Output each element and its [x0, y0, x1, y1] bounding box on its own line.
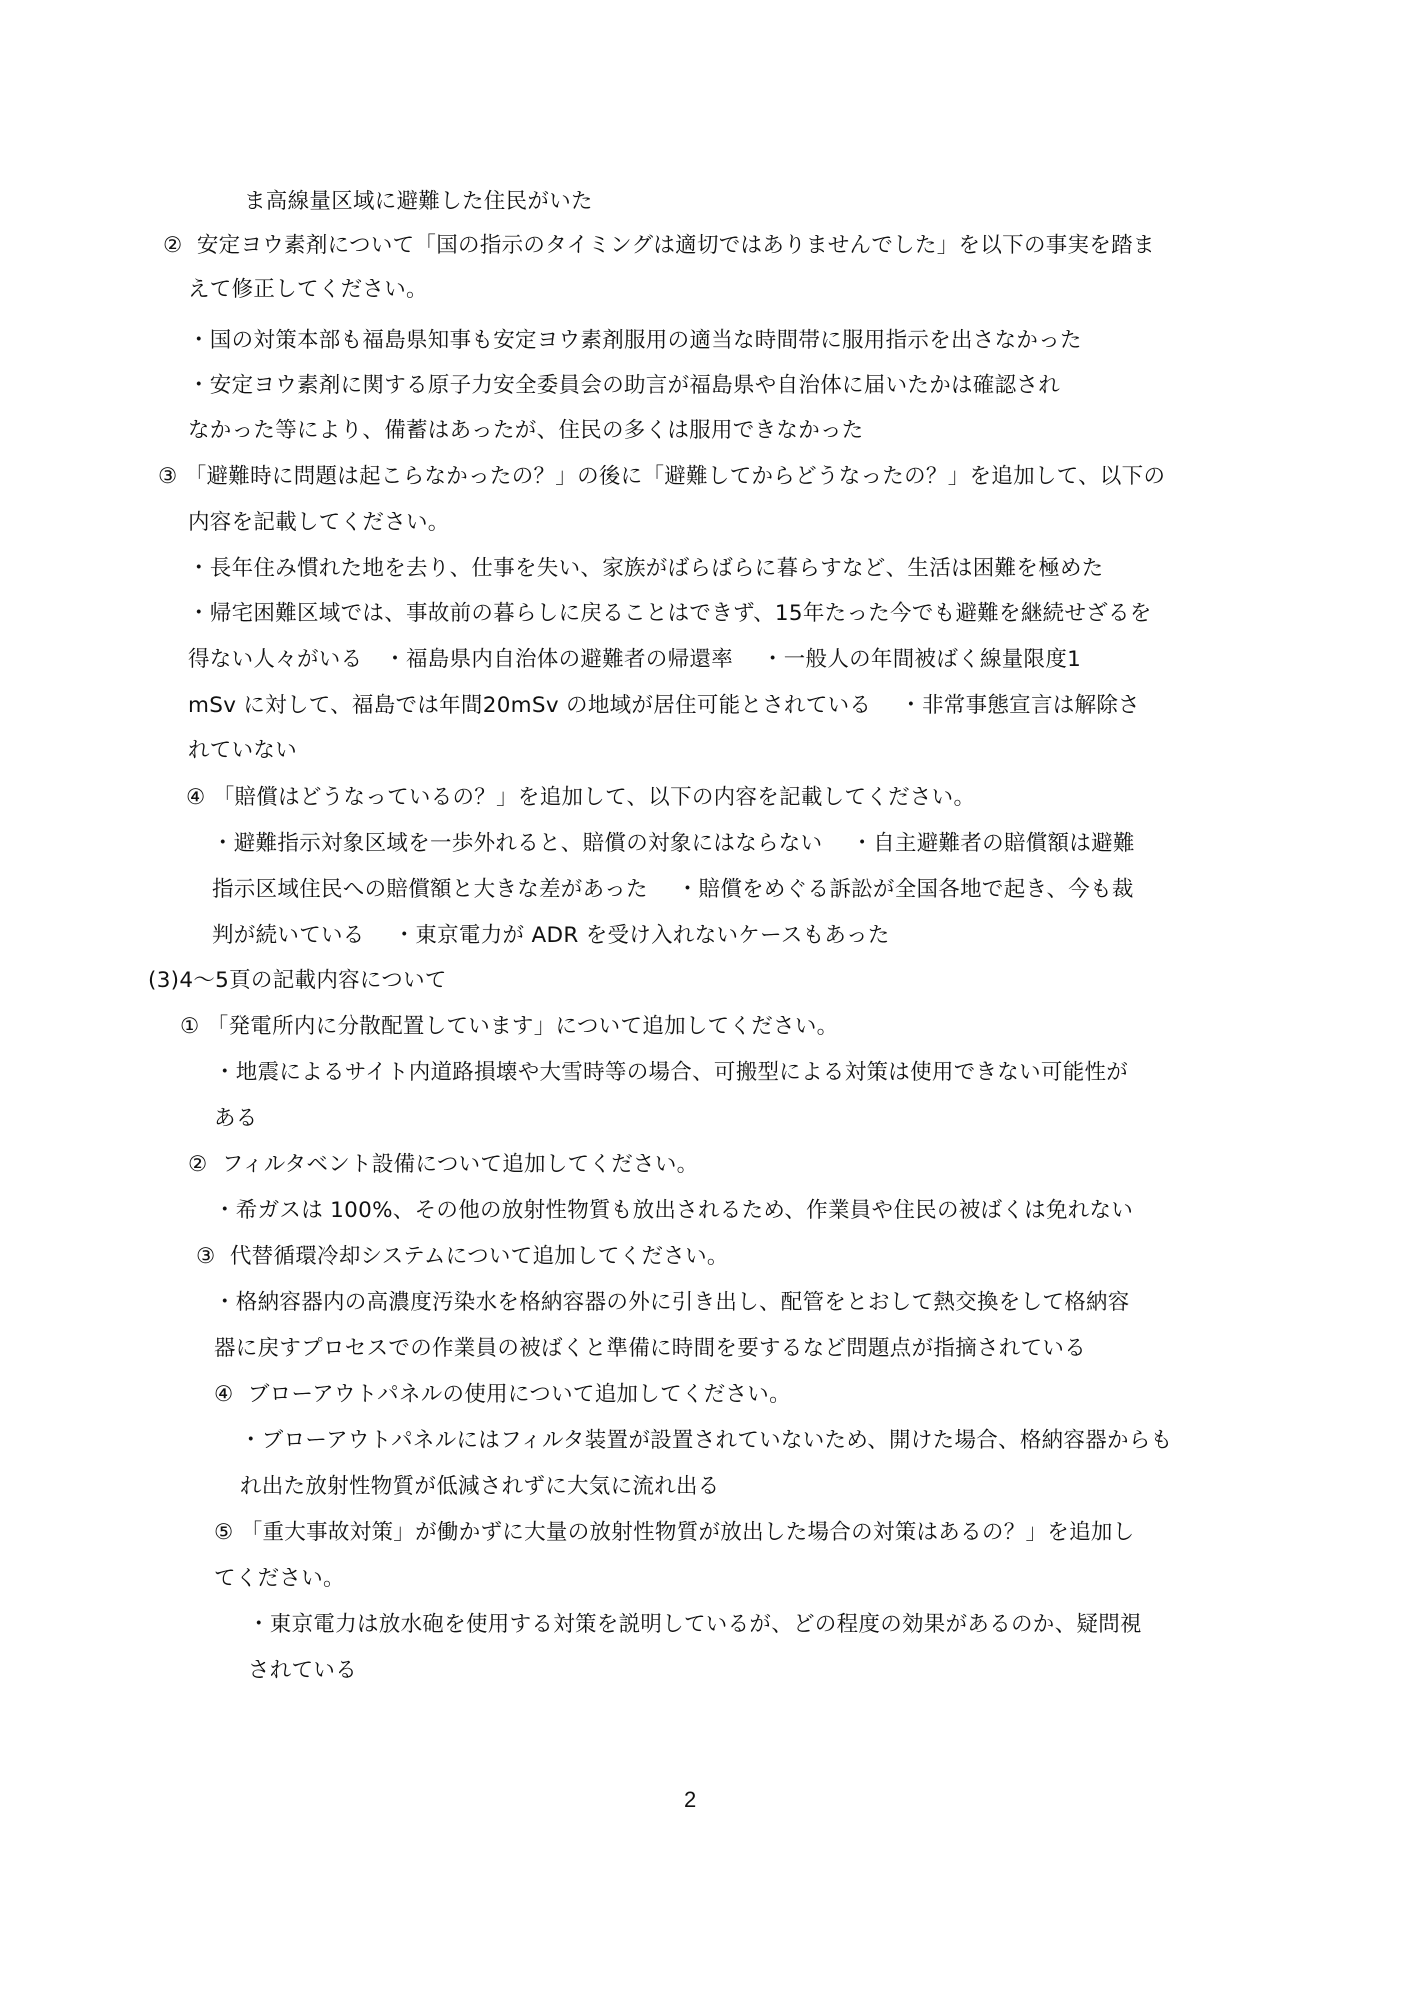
- bullet-difficult-return-zone-cont: 得ない人々がいる ・福島県内自治体の避難者の帰還率 ・一般人の年間被ばく線量限度…: [188, 646, 1081, 674]
- item-3-evacuation-heading-cont: 内容を記載してください。: [188, 509, 450, 537]
- bullet-contaminated-water: ・格納容器内の高濃度汚染水を格納容器の外に引き出し、配管をとおして熱交換をして格…: [214, 1289, 1130, 1317]
- bullet-blowout-no-filter-cont: れ出た放射性物質が低減されずに大気に流れ出る: [240, 1473, 720, 1501]
- bullet-portable-measures: ・地震によるサイト内道路損壊や大雪時等の場合、可搬型による対策は使用できない可能…: [214, 1059, 1128, 1087]
- bullet-contaminated-water-cont: 器に戻すプロセスでの作業員の被ばくと準備に時間を要するなど問題点が指摘されている: [214, 1335, 1086, 1363]
- bullet-adr-refusal: 判が続いている ・東京電力が ADR を受け入れないケースもあった: [212, 922, 890, 950]
- bullet-water-cannon-cont: されている: [248, 1657, 357, 1685]
- bullet-advice-not-confirmed: ・安定ヨウ素剤に関する原子力安全委員会の助言が福島県や自治体に届いたかは確認され: [188, 372, 1060, 400]
- bullet-water-cannon: ・東京電力は放水砲を使用する対策を説明しているが、どの程度の効果があるのか、疑問…: [248, 1611, 1142, 1639]
- section-3-heading: (3)4～5頁の記載内容について: [148, 967, 447, 995]
- item-3-evacuation-heading: ③ 「避難時に問題は起こらなかったの？」の後に「避難してからどうなったの？」を追…: [158, 463, 1165, 491]
- item-5-severe-accident-heading-cont: てください。: [214, 1565, 345, 1593]
- item-2-iodine-heading-cont: えて修正してください。: [188, 276, 428, 304]
- item-5-severe-accident-heading: ⑤ 「重大事故対策」が働かずに大量の放射性物質が放出した場合の対策はあるの？」を…: [214, 1519, 1135, 1547]
- bullet-dose-limit: mSv に対して、福島では年間20mSv の地域が居住可能とされている ・非常事…: [188, 692, 1140, 720]
- item-2-filter-vent-heading: ② フィルタベント設備について追加してください。: [188, 1151, 698, 1179]
- document-page: ま高線量区域に避難した住民がいた ② 安定ヨウ素剤について「国の指示のタイミング…: [0, 0, 1414, 2000]
- item-2-iodine-heading: ② 安定ヨウ素剤について「国の指示のタイミングは適切ではありませんでした」を以下…: [163, 232, 1155, 260]
- bullet-no-instruction: ・国の対策本部も福島県知事も安定ヨウ素剤服用の適当な時間帯に服用指示を出さなかっ…: [188, 327, 1082, 355]
- item-4-blowout-panel-heading: ④ ブローアウトパネルの使用について追加してください。: [214, 1381, 791, 1409]
- item-3-alt-cooling-heading: ③ 代替循環冷却システムについて追加してください。: [196, 1243, 729, 1271]
- bullet-life-hardship: ・長年住み慣れた地を去り、仕事を失い、家族がばらばらに暮らすなど、生活は困難を極…: [188, 555, 1104, 583]
- bullet-portable-measures-cont: ある: [214, 1105, 258, 1133]
- bullet-compensation-gap: 指示区域住民への賠償額と大きな差があった ・賠償をめぐる訴訟が全国各地で起き、今…: [212, 876, 1134, 904]
- item-4-compensation-heading: ④ 「賠償はどうなっているの？」を追加して、以下の内容を記載してください。: [186, 784, 975, 812]
- item-1-distributed-placement-heading: ① 「発電所内に分散配置しています」について追加してください。: [180, 1013, 838, 1041]
- bullet-noble-gas: ・希ガスは 100%、その他の放射性物質も放出されるため、作業員や住民の被ばくは…: [214, 1197, 1133, 1225]
- text-line-continuation-high-dose-area: ま高線量区域に避難した住民がいた: [244, 188, 593, 216]
- bullet-blowout-no-filter: ・ブローアウトパネルにはフィルタ装置が設置されていないため、開けた場合、格納容器…: [240, 1427, 1172, 1455]
- bullet-compensation-scope: ・避難指示対象区域を一歩外れると、賠償の対象にはならない ・自主避難者の賠償額は…: [212, 830, 1135, 858]
- bullet-difficult-return-zone: ・帰宅困難区域では、事故前の暮らしに戻ることはできず、15年たった今でも避難を継…: [188, 600, 1152, 628]
- bullet-emergency-declaration-cont: れていない: [188, 737, 297, 765]
- bullet-advice-not-confirmed-cont: なかった等により、備蓄はあったが、住民の多くは服用できなかった: [188, 417, 864, 445]
- page-number: 2: [684, 1786, 696, 1814]
